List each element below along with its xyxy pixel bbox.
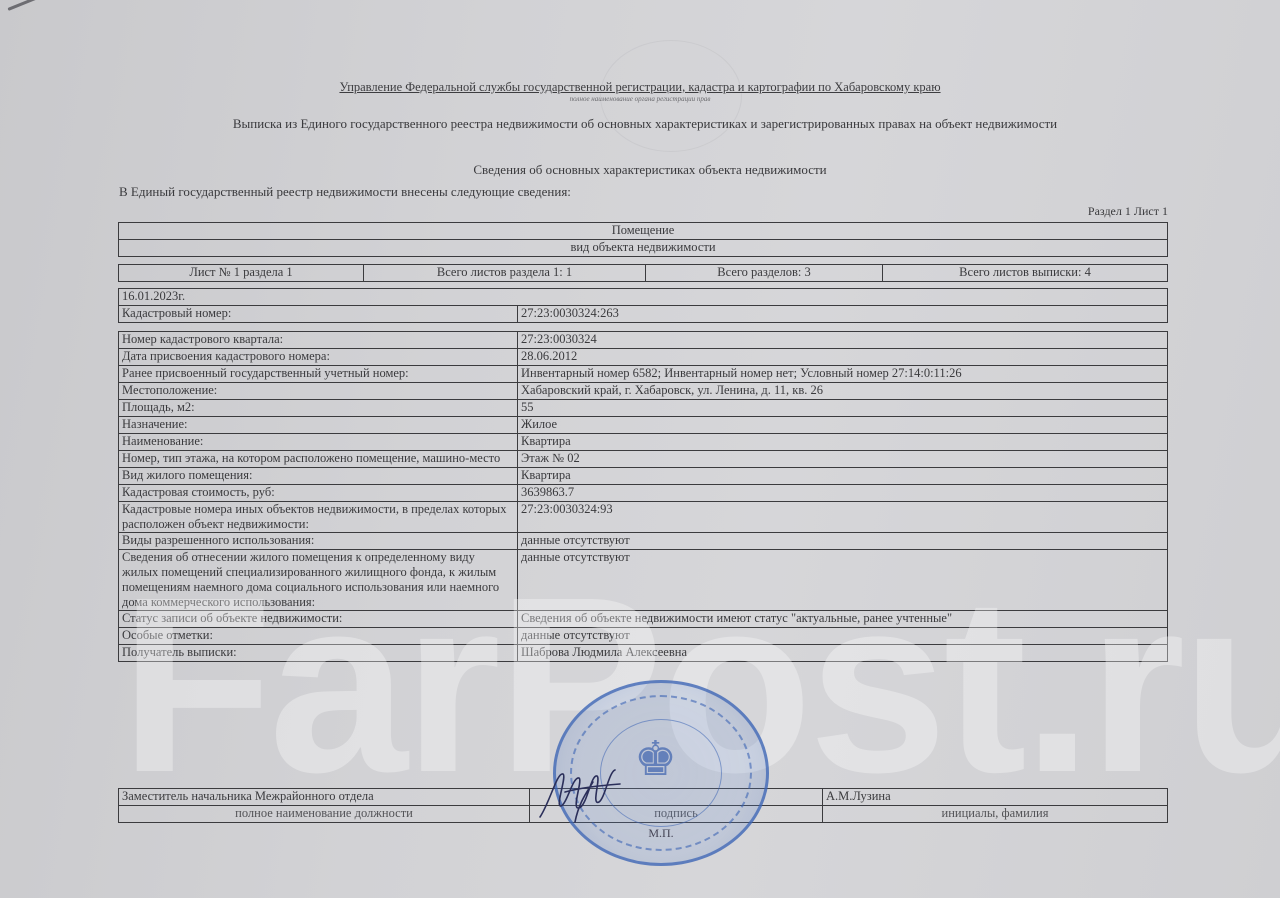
object-type-table: Помещение вид объекта недвижимости — [118, 222, 1168, 257]
row-value: Сведения об объекте недвижимости имеют с… — [518, 611, 1168, 628]
row-value: Шаброва Людмила Алексеевна — [518, 645, 1168, 662]
position-caption: полное наименование должности — [119, 806, 530, 823]
table-row: Местоположение:Хабаровский край, г. Хаба… — [119, 383, 1168, 400]
table-row: Особые отметки:данные отсутствуют — [119, 628, 1168, 645]
row-label: Статус записи об объекте недвижимости: — [119, 611, 518, 628]
table-row: Вид жилого помещения:Квартира — [119, 468, 1168, 485]
table-row: Площадь, м2:55 — [119, 400, 1168, 417]
total-sheets-section: Всего листов раздела 1: 1 — [364, 265, 646, 282]
intro-text: В Единый государственный реестр недвижим… — [119, 184, 571, 200]
table-row: Ранее присвоенный государственный учетны… — [119, 366, 1168, 383]
pen-mark — [7, 0, 56, 11]
row-label: Наименование: — [119, 434, 518, 451]
row-value: 3639863.7 — [518, 485, 1168, 502]
section-sheet-label: Раздел 1 Лист 1 — [1088, 204, 1168, 219]
row-label: Кадастровая стоимость, руб: — [119, 485, 518, 502]
row-label: Виды разрешенного использования: — [119, 533, 518, 550]
total-sheets-extract: Всего листов выписки: 4 — [883, 265, 1168, 282]
table-row: Наименование:Квартира — [119, 434, 1168, 451]
sheet-number: Лист № 1 раздела 1 — [119, 265, 364, 282]
row-value: 28.06.2012 — [518, 349, 1168, 366]
section-title: Сведения об основных характеристиках объ… — [0, 162, 1280, 178]
row-label: Получатель выписки: — [119, 645, 518, 662]
agency-name: Управление Федеральной службы государств… — [0, 80, 1280, 95]
sheets-info-table: Лист № 1 раздела 1 Всего листов раздела … — [118, 264, 1168, 282]
table-row: Номер кадастрового квартала:27:23:003032… — [119, 332, 1168, 349]
cadastral-number-label: Кадастровый номер: — [119, 306, 518, 323]
row-value: 27:23:0030324:93 — [518, 502, 1168, 533]
row-value: Инвентарный номер 6582; Инвентарный номе… — [518, 366, 1168, 383]
official-position: Заместитель начальника Межрайонного отде… — [119, 789, 530, 806]
total-sections: Всего разделов: 3 — [646, 265, 883, 282]
name-caption: инициалы, фамилия — [823, 806, 1168, 823]
extract-date: 16.01.2023г. — [119, 289, 1168, 306]
object-type-caption: вид объекта недвижимости — [119, 240, 1168, 257]
row-value: 55 — [518, 400, 1168, 417]
row-label: Назначение: — [119, 417, 518, 434]
table-row: Сведения об отнесении жилого помещения к… — [119, 550, 1168, 611]
date-cadastral-table: 16.01.2023г. Кадастровый номер: 27:23:00… — [118, 288, 1168, 323]
table-row: Получатель выписки:Шаброва Людмила Алекс… — [119, 645, 1168, 662]
row-value: Этаж № 02 — [518, 451, 1168, 468]
row-value: Хабаровский край, г. Хабаровск, ул. Лени… — [518, 383, 1168, 400]
row-value: данные отсутствуют — [518, 628, 1168, 645]
row-value: Квартира — [518, 468, 1168, 485]
cadastral-number-value: 27:23:0030324:263 — [518, 306, 1168, 323]
document-title: Выписка из Единого государственного реес… — [0, 116, 1280, 132]
agency-caption: полное наименование органа регистрации п… — [0, 95, 1280, 103]
table-row: Статус записи об объекте недвижимости:Св… — [119, 611, 1168, 628]
row-value: данные отсутствуют — [518, 550, 1168, 611]
official-name: А.М.Лузина — [823, 789, 1168, 806]
row-label: Местоположение: — [119, 383, 518, 400]
row-label: Ранее присвоенный государственный учетны… — [119, 366, 518, 383]
row-label: Вид жилого помещения: — [119, 468, 518, 485]
row-value: Квартира — [518, 434, 1168, 451]
row-label: Площадь, м2: — [119, 400, 518, 417]
row-value: данные отсутствуют — [518, 533, 1168, 550]
handwritten-signature-icon — [535, 762, 625, 832]
table-row: Виды разрешенного использования:данные о… — [119, 533, 1168, 550]
characteristics-table: Номер кадастрового квартала:27:23:003032… — [118, 331, 1168, 662]
table-row: Дата присвоения кадастрового номера:28.0… — [119, 349, 1168, 366]
table-row: Кадастровые номера иных объектов недвижи… — [119, 502, 1168, 533]
row-label: Особые отметки: — [119, 628, 518, 645]
table-row: Кадастровая стоимость, руб:3639863.7 — [119, 485, 1168, 502]
table-row: Назначение:Жилое — [119, 417, 1168, 434]
row-label: Номер кадастрового квартала: — [119, 332, 518, 349]
object-type-value: Помещение — [119, 223, 1168, 240]
row-label: Номер, тип этажа, на котором расположено… — [119, 451, 518, 468]
row-label: Сведения об отнесении жилого помещения к… — [119, 550, 518, 611]
row-value: 27:23:0030324 — [518, 332, 1168, 349]
table-row: Номер, тип этажа, на котором расположено… — [119, 451, 1168, 468]
row-value: Жилое — [518, 417, 1168, 434]
row-label: Дата присвоения кадастрового номера: — [119, 349, 518, 366]
double-headed-eagle-icon: ♚ — [634, 735, 677, 783]
row-label: Кадастровые номера иных объектов недвижи… — [119, 502, 518, 533]
